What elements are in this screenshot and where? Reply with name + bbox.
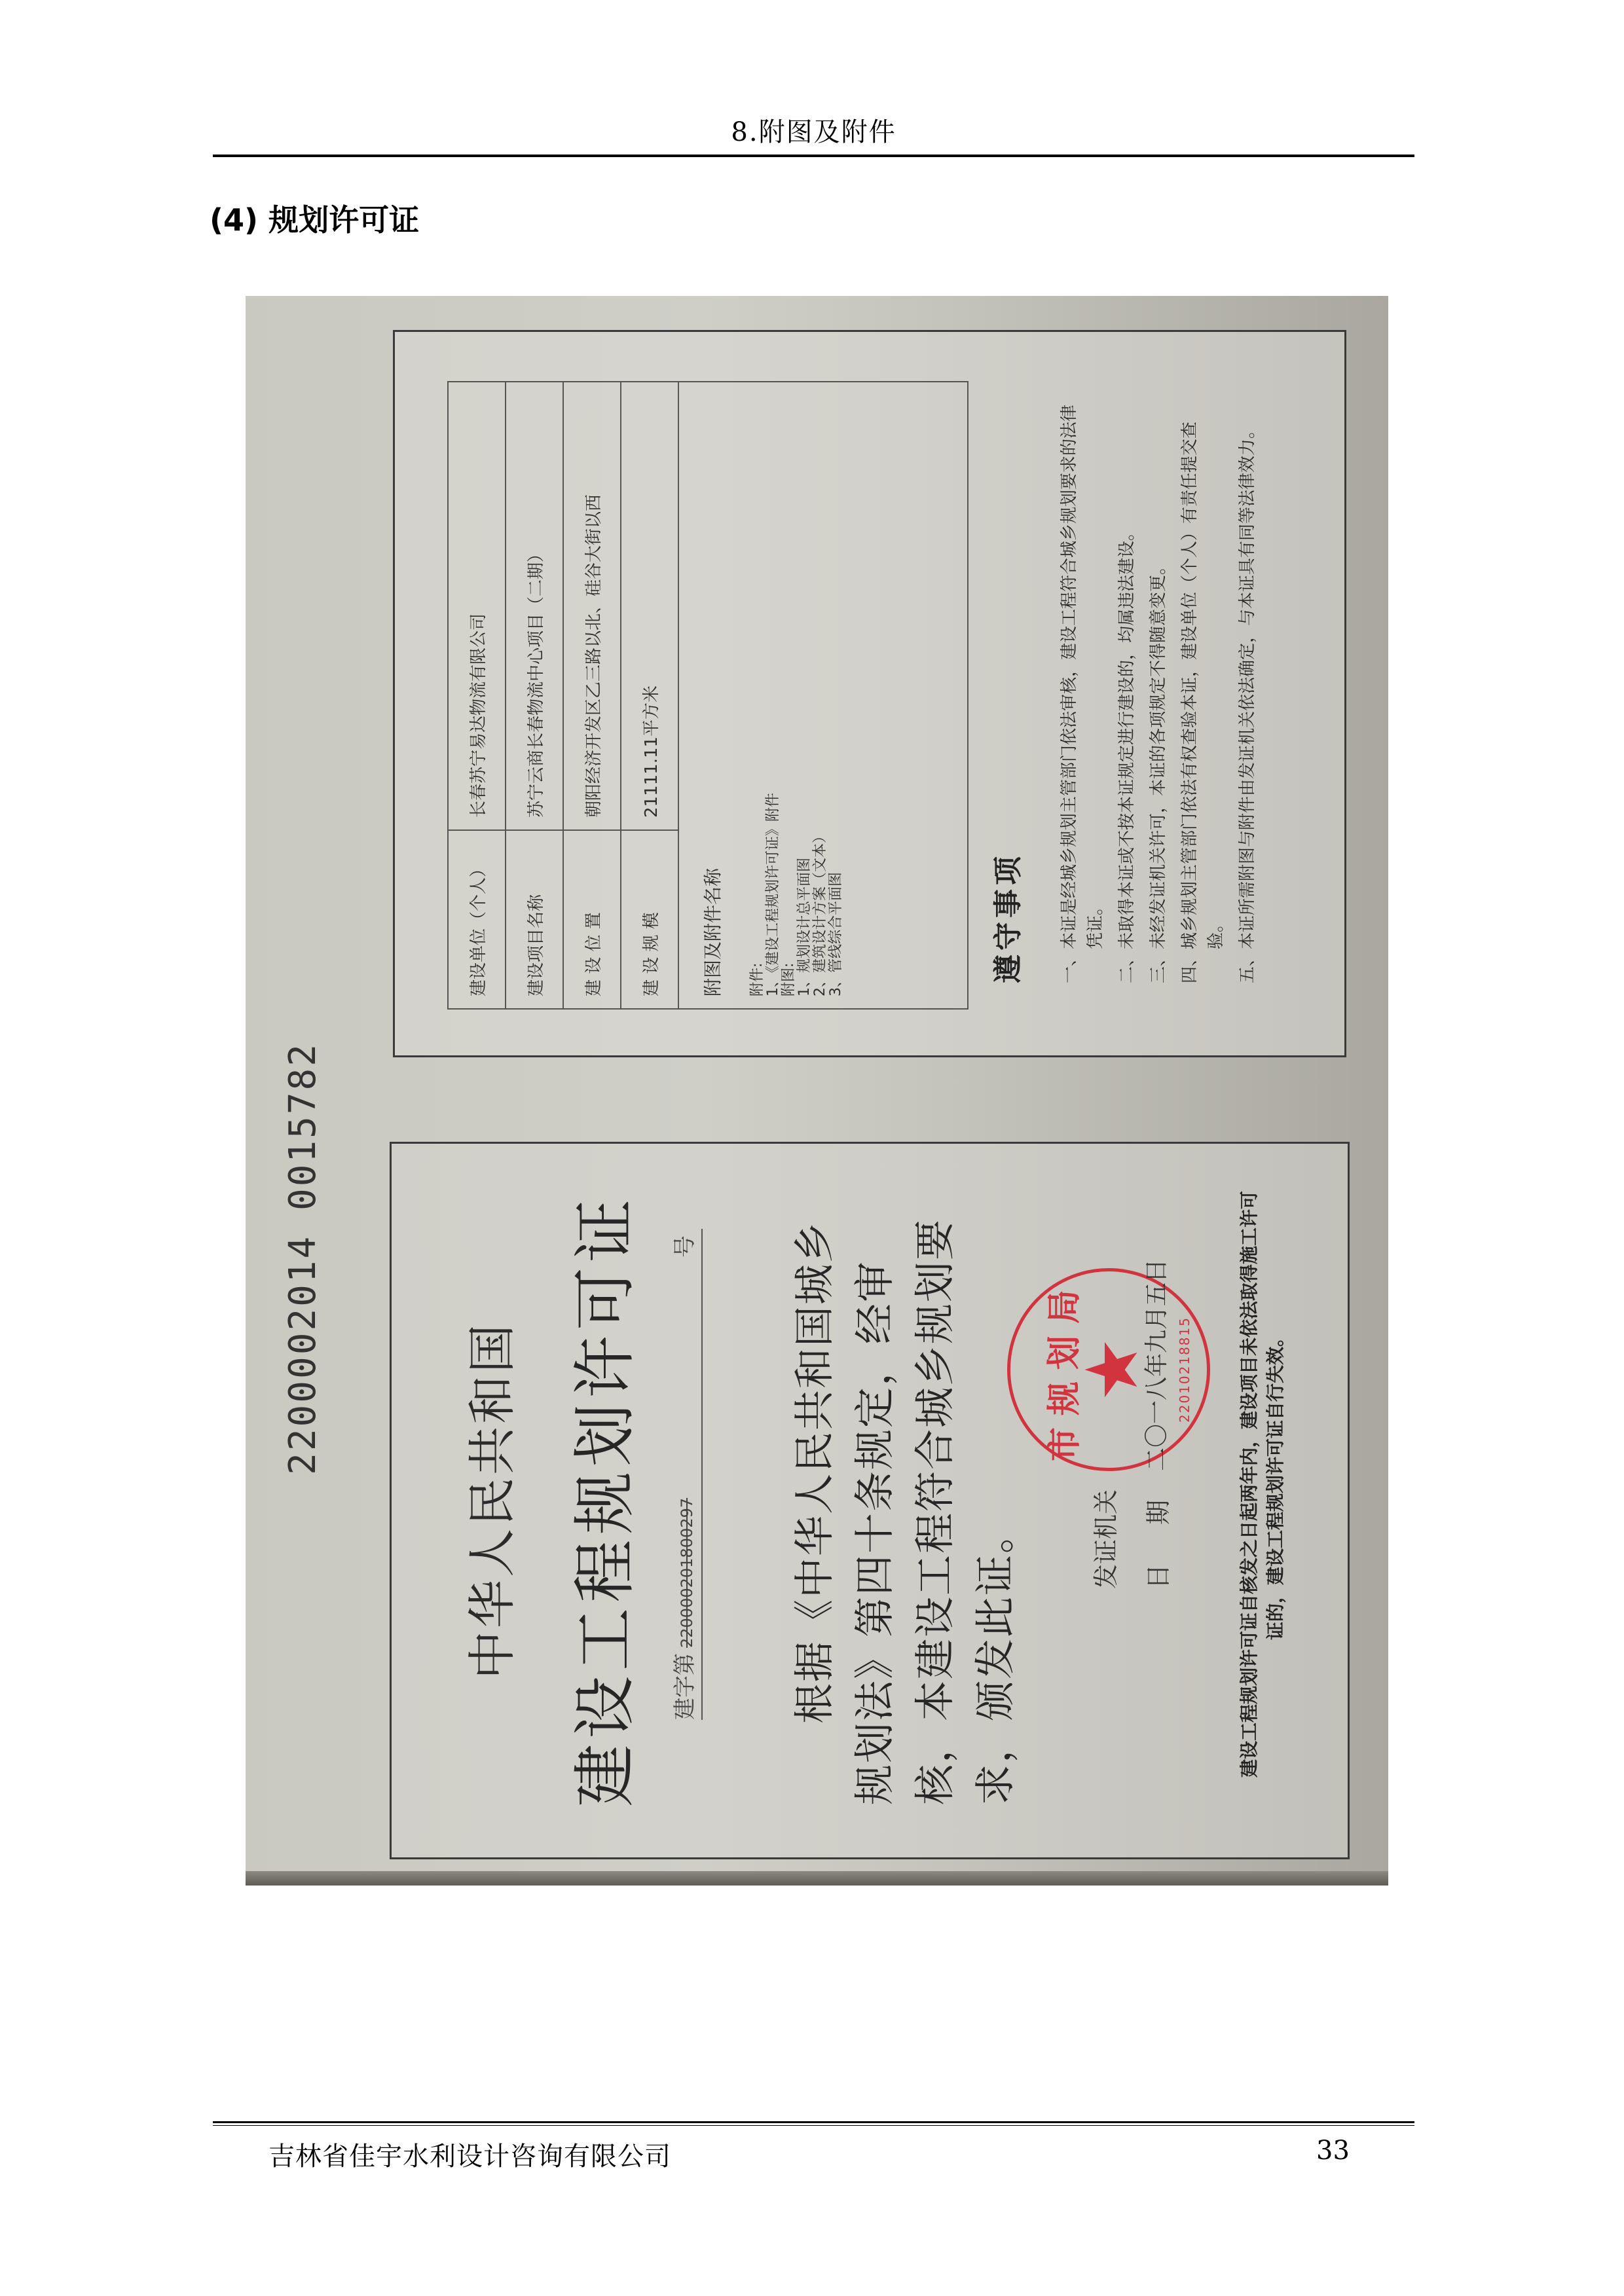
table-row: 建 设 规 模 21111.11平方米 <box>621 382 678 1009</box>
notice-item: 二、未取得本证或不按本证规定进行建设的，均属违法建设。 <box>1114 394 1140 983</box>
attachment-item: 2、建筑设计方案（文本） <box>813 394 828 996</box>
table-row: 附图及附件名称 附件: 1、《建设工程规划许可证》附件 附图: 1、规划设计总平… <box>678 382 968 1009</box>
country-name: 中华人民共和国 <box>454 1144 523 1857</box>
seal-code: 2201021881​5 <box>1177 1271 1192 1468</box>
row-label: 建 设 位 置 <box>563 830 621 1009</box>
permit-detail-page: 建设单位（个人） 长春苏宁易达物流有限公司 建设项目名称 苏宁云商长春物流中心项… <box>393 330 1346 1057</box>
table-row: 建设单位（个人） 长春苏宁易达物流有限公司 <box>448 382 506 1009</box>
notice-item: 一、本证是经城乡规划主管部门依法审核，建设工程符合城乡规划要求的法律凭证。 <box>1056 394 1109 983</box>
row-value: 长春苏宁易达物流有限公司 <box>448 382 506 830</box>
star-icon: ★ <box>1076 1271 1148 1468</box>
attachments-title: 附图及附件名称 <box>699 394 725 996</box>
footer-rule-thin <box>213 2125 1414 2126</box>
page-number: 33 <box>1316 2136 1350 2166</box>
attachment-item: 3、管线综合平面图 <box>828 394 844 996</box>
attachment-item: 附图: <box>781 394 797 996</box>
permit-spread: 2200002014 0015782 中华人民共和国 建设工程规划许可证 建字第… <box>246 296 1388 1886</box>
attachment-item: 1、规划设计总平面图 <box>797 394 813 996</box>
notice-item: 三、未经发证机关许可，本证的各项规定不得随意变更。 <box>1145 394 1172 983</box>
page-header: 8.附图及附件 <box>213 111 1414 149</box>
footer-rule <box>213 2121 1414 2123</box>
official-seal: 市规划局 ★ 2201021881​5 <box>1007 1268 1210 1471</box>
row-value: 苏宁云商长春物流中心项目（二期） <box>506 382 563 830</box>
permit-number: 建字第220000201800297号 <box>667 1229 703 1720</box>
permit-body-text: 根据《中华人民共和国城乡规划法》第四十条规定，经审核，本建设工程符合城乡规划要求… <box>784 1190 1025 1805</box>
footer-company: 吉林省佳宇水利设计咨询有限公司 <box>268 2136 671 2173</box>
permit-info-table: 建设单位（个人） 长春苏宁易达物流有限公司 建设项目名称 苏宁云商长春物流中心项… <box>447 381 969 1010</box>
permit-number-prefix: 建字第 <box>672 1653 698 1720</box>
attachment-item: 1、《建设工程规划许可证》附件 <box>766 394 781 996</box>
section-title: (4) 规划许可证 <box>210 196 419 240</box>
table-row: 建设项目名称 苏宁云商长春物流中心项目（二期） <box>506 382 563 1009</box>
permit-title: 建设工程规划许可证 <box>555 1144 645 1857</box>
date-label: 日期 <box>1138 1461 1174 1589</box>
attachments-cell: 附图及附件名称 附件: 1、《建设工程规划许可证》附件 附图: 1、规划设计总平… <box>678 382 968 1009</box>
notice-item: 五、本证所需附图与附件由发证机关依法确定，与本证具有同等法律效力。 <box>1234 394 1261 983</box>
table-row: 建 设 位 置 朝阳经济开发区乙三路以北、硅谷大街以西 <box>563 382 621 1009</box>
permit-photo: 2200002014 0015782 中华人民共和国 建设工程规划许可证 建字第… <box>246 296 1388 1886</box>
issue-date: 二〇一八年九月五日 <box>1138 1259 1172 1471</box>
notices-title: 遵守事项 <box>984 852 1026 983</box>
validity-note: 建设工程规划许可证自核发之日起两年内，建设项目未依法取得施工许可证的，建设工程规… <box>1236 1190 1289 1779</box>
permit-cover-page: 中华人民共和国 建设工程规划许可证 建字第220000201800297号 根据… <box>390 1142 1350 1859</box>
row-label: 建设单位（个人） <box>448 830 506 1009</box>
row-value: 朝阳经济开发区乙三路以北、硅谷大街以西 <box>563 382 621 830</box>
header-rule <box>213 155 1414 157</box>
notices-list: 一、本证是经城乡规划主管部门依法审核，建设工程符合城乡规划要求的法律凭证。 二、… <box>1056 394 1266 983</box>
row-label: 建设项目名称 <box>506 830 563 1009</box>
attachment-item: 附件: <box>750 394 766 996</box>
serial-number: 2200002014 0015782 <box>282 1042 324 1475</box>
permit-number-value: 220000201800297 <box>678 1498 696 1648</box>
row-value: 21111.11平方米 <box>621 382 678 830</box>
permit-number-suffix: 号 <box>667 1235 699 1258</box>
row-label: 建 设 规 模 <box>621 830 678 1009</box>
notice-item: 四、城乡规划主管部门依法有权查验本证，建设单位（个人）有责任提交查验。 <box>1177 394 1229 983</box>
issuer-label: 发证机关 <box>1086 1489 1122 1589</box>
